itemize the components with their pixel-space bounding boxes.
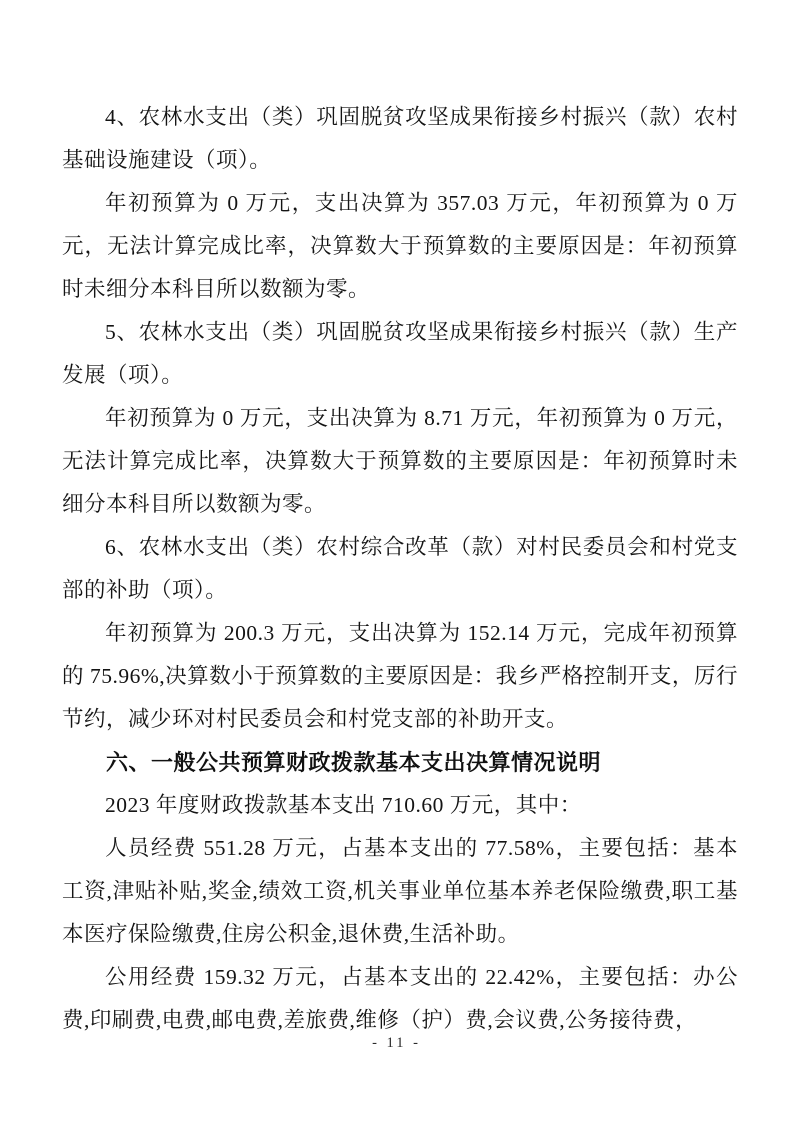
paragraph-public-expense: 公用经费 159.32 万元，占基本支出的 22.42%，主要包括：办公费,印刷… <box>62 956 738 1042</box>
paragraph-item5-detail: 年初预算为 0 万元，支出决算为 8.71 万元，年初预算为 0 万元，无法计算… <box>62 397 738 526</box>
paragraph-basic-expense-total: 2023 年度财政拨款基本支出 710.60 万元，其中： <box>62 784 738 827</box>
paragraph-item6-detail: 年初预算为 200.3 万元，支出决算为 152.14 万元，完成年初预算的 7… <box>62 612 738 741</box>
document-page: 4、农林水支出（类）巩固脱贫攻坚成果衔接乡村振兴（款）农村基础设施建设（项）。 … <box>62 96 738 1042</box>
page-footer: - 11 - <box>0 1034 793 1052</box>
paragraph-personnel-expense: 人员经费 551.28 万元，占基本支出的 77.58%，主要包括：基本工资,津… <box>62 827 738 956</box>
section-heading-basic-expenditure: 六、一般公共预算财政拨款基本支出决算情况说明 <box>62 741 738 784</box>
paragraph-item4-title: 4、农林水支出（类）巩固脱贫攻坚成果衔接乡村振兴（款）农村基础设施建设（项）。 <box>62 96 738 182</box>
paragraph-item6-title: 6、农林水支出（类）农村综合改革（款）对村民委员会和村党支部的补助（项）。 <box>62 526 738 612</box>
paragraph-item4-detail: 年初预算为 0 万元，支出决算为 357.03 万元，年初预算为 0 万元，无法… <box>62 182 738 311</box>
paragraph-item5-title: 5、农林水支出（类）巩固脱贫攻坚成果衔接乡村振兴（款）生产发展（项）。 <box>62 311 738 397</box>
page-number: - 11 - <box>372 1035 421 1051</box>
